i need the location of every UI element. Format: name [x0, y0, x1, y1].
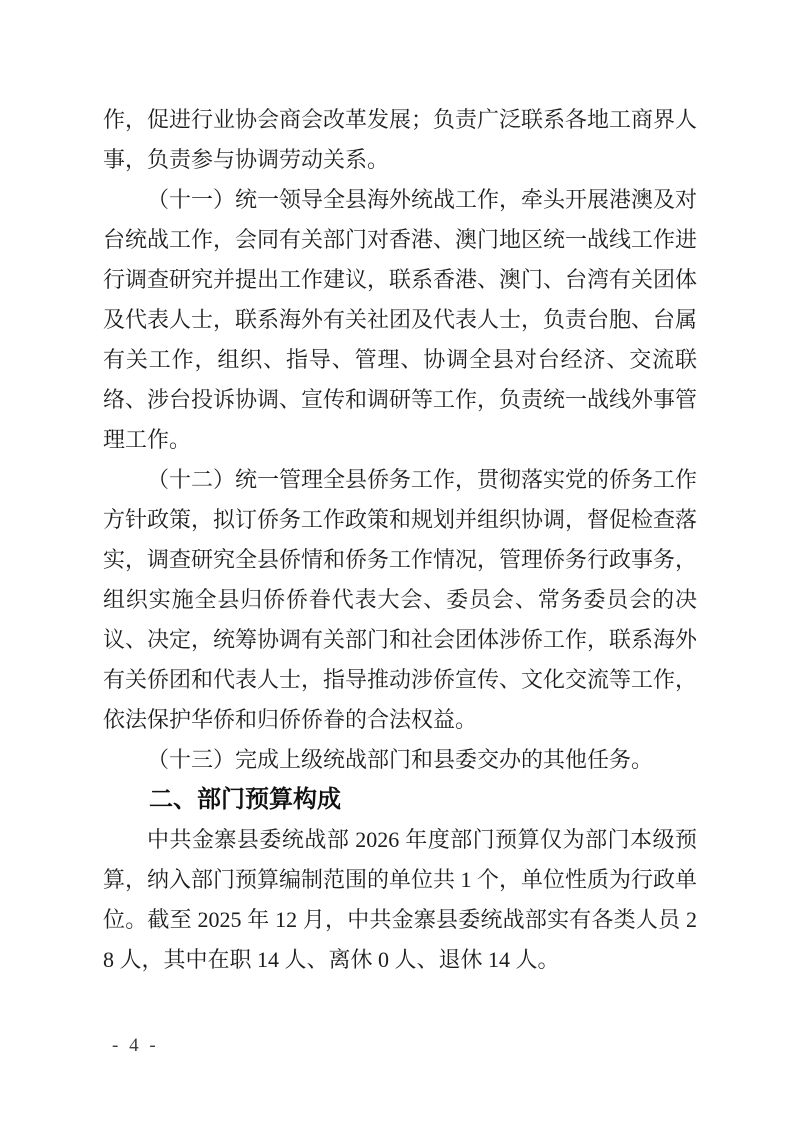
body-paragraph-item-11: （十一）统一领导全县海外统战工作，牵头开展港澳及对台统战工作，会同有关部门对香港… [103, 180, 697, 460]
body-paragraph-continuation: 作，促进行业协会商会改革发展；负责广泛联系各地工商界人事，负责参与协调劳动关系。 [103, 100, 697, 180]
section-heading-budget-composition: 二、部门预算构成 [103, 780, 697, 820]
document-body: 作，促进行业协会商会改革发展；负责广泛联系各地工商界人事，负责参与协调劳动关系。… [103, 100, 697, 980]
document-page: 作，促进行业协会商会改革发展；负责广泛联系各地工商界人事，负责参与协调劳动关系。… [0, 0, 793, 1122]
page-number: - 4 - [112, 1033, 159, 1059]
body-paragraph-item-13: （十三）完成上级统战部门和县委交办的其他任务。 [103, 740, 697, 780]
body-paragraph-item-12: （十二）统一管理全县侨务工作，贯彻落实党的侨务工作方针政策，拟订侨务工作政策和规… [103, 460, 697, 740]
body-paragraph-budget-overview: 中共金寨县委统战部 2026 年度部门预算仅为部门本级预算，纳入部门预算编制范围… [103, 820, 697, 980]
